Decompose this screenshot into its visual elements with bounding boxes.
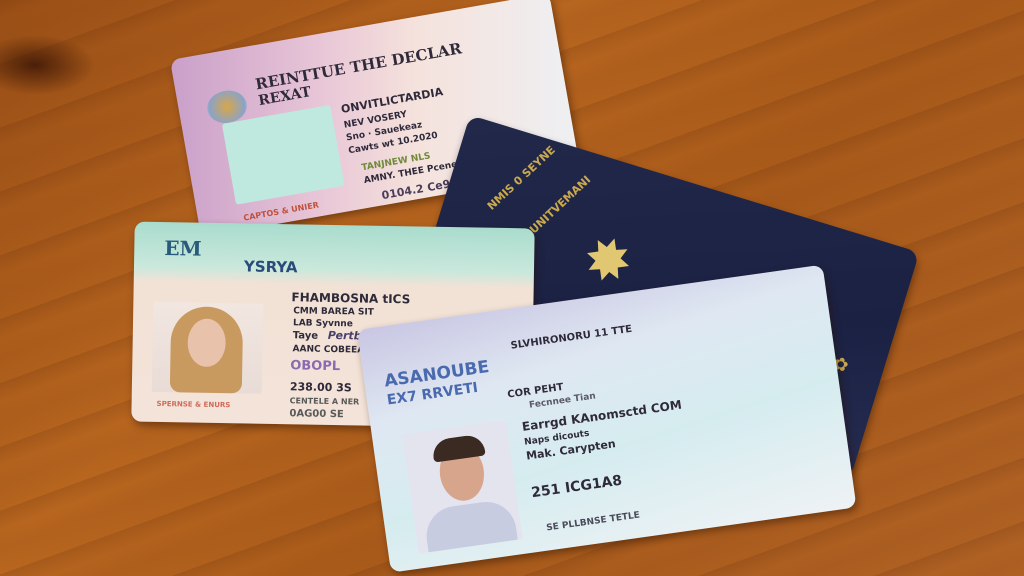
card-field: Taye [293,330,318,341]
passport-emblem-icon: ✸ [576,226,639,296]
card-header: SLVHIRONORU 11 TTE [510,324,633,352]
card-field: CENTELE A NER [290,396,360,406]
card-field: OBOPL [290,358,340,374]
card-name: FHAMBOSNA tICS [291,290,410,306]
card-footer: CAPTOS & UNIER [243,200,320,222]
card-mrz: SE PLLBNSE TETLE [546,510,641,533]
card-number: 238.00 3S [290,380,352,394]
card-title: EM [164,236,202,261]
card-field: CMM BAREA SIT [293,306,374,317]
passport-text: NMIS 0 SEYNE [485,143,558,212]
card-subtitle: YSRYA [244,257,298,276]
card-footer: SPERNSE & ENURS [157,400,231,409]
card-number: 0AG00 SE [289,408,344,420]
card-title: REINTTUE THE DECLAR [254,39,463,93]
photo-placeholder [222,105,345,205]
card-number: 251 ICG1A8 [530,473,623,502]
card-field: LAB Syvnne [293,318,353,329]
